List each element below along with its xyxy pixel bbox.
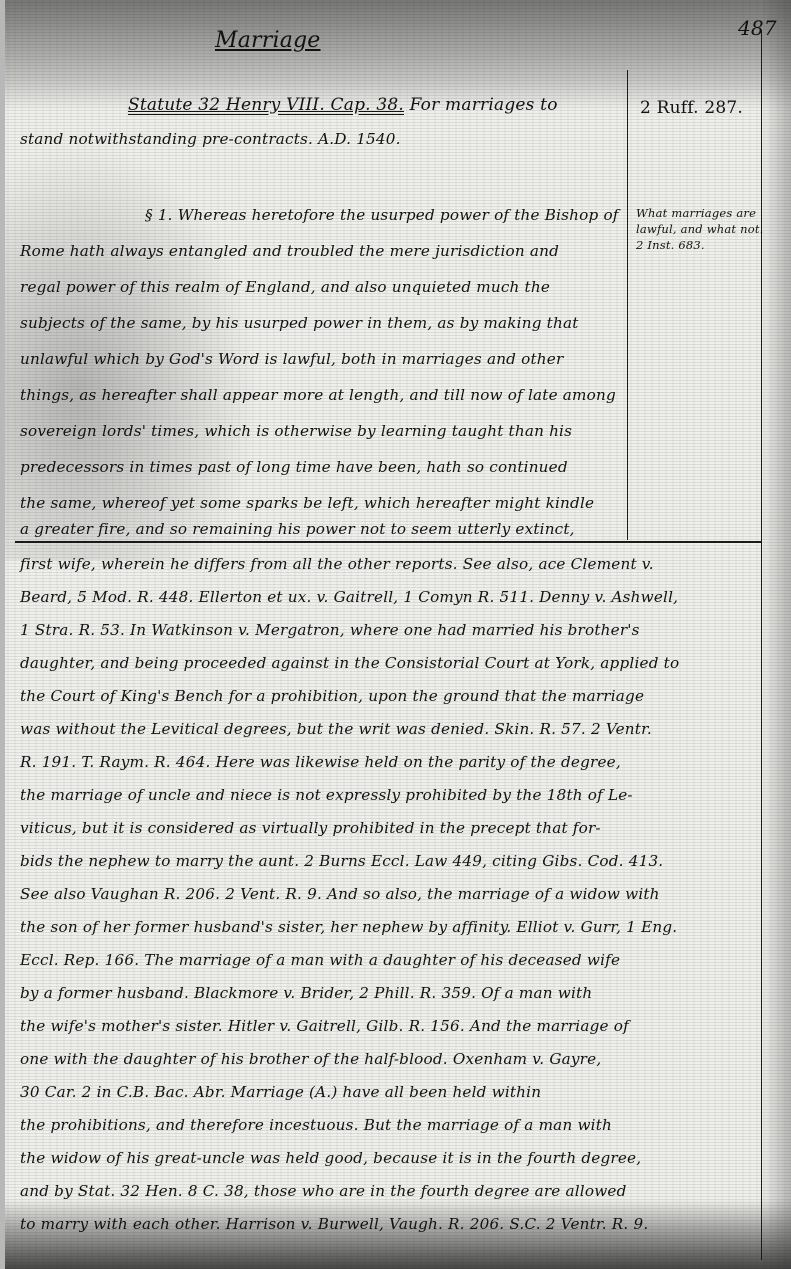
page-title: Marriage — [215, 28, 321, 53]
commentary-line: 30 Car. 2 in C.B. Bac. Abr. Marriage (A.… — [20, 1083, 541, 1101]
commentary-line: R. 191. T. Raym. R. 464. Here was likewi… — [20, 753, 621, 771]
scan-shading-bottom — [0, 1199, 791, 1269]
commentary-line: and by Stat. 32 Hen. 8 C. 38, those who … — [20, 1182, 627, 1200]
commentary-line: the Court of King's Bench for a prohibit… — [20, 687, 644, 705]
statute-text-line: unlawful which by God's Word is lawful, … — [20, 350, 563, 368]
statute-text-line: subjects of the same, by his usurped pow… — [20, 314, 579, 332]
statute-title: For marriages to — [404, 95, 558, 115]
margin-rule-inner — [627, 70, 628, 540]
commentary-line: viticus, but it is considered as virtual… — [20, 819, 601, 837]
commentary-line: the wife's mother's sister. Hitler v. Ga… — [20, 1017, 629, 1035]
statute-text-line: § 1. Whereas heretofore the usurped powe… — [145, 206, 619, 224]
statute-citation: Statute 32 Henry VIII. Cap. 38. — [128, 95, 404, 115]
statute-text-line: Rome hath always entangled and troubled … — [20, 242, 559, 260]
commentary-line: daughter, and being proceeded against in… — [20, 654, 679, 672]
margin-note-line: What marriages are — [636, 206, 756, 220]
commentary-line: bids the nephew to marry the aunt. 2 Bur… — [20, 852, 663, 870]
margin-rule-outer — [761, 30, 762, 1260]
statute-text-line: sovereign lords' times, which is otherwi… — [20, 422, 572, 440]
scan-shading-right — [761, 0, 791, 1269]
commentary-line: was without the Levitical degrees, but t… — [20, 720, 652, 738]
commentary-line: the marriage of uncle and niece is not e… — [20, 786, 633, 804]
commentary-line: the widow of his great-uncle was held go… — [20, 1149, 641, 1167]
commentary-line: one with the daughter of his brother of … — [20, 1050, 601, 1068]
commentary-line: to marry with each other. Harrison v. Bu… — [20, 1215, 648, 1233]
scan-shading-top — [0, 0, 791, 110]
commentary-line: first wife, wherein he differs from all … — [20, 555, 654, 573]
statute-text-line: regal power of this realm of England, an… — [20, 278, 550, 296]
page-edge — [0, 0, 5, 1269]
page-number: 487 — [738, 16, 777, 40]
commentary-line: the prohibitions, and therefore incestuo… — [20, 1116, 612, 1134]
statute-text-line: predecessors in times past of long time … — [20, 458, 568, 476]
statute-text-line: things, as hereafter shall appear more a… — [20, 386, 616, 404]
commentary-line: 1 Stra. R. 53. In Watkinson v. Mergatron… — [20, 621, 640, 639]
statute-heading: Statute 32 Henry VIII. Cap. 38. For marr… — [128, 95, 558, 115]
statute-text-line: the same, whereof yet some sparks be lef… — [20, 494, 594, 512]
manuscript-page: 487 Marriage Statute 32 Henry VIII. Cap.… — [0, 0, 791, 1269]
statute-heading-line2: stand notwithstanding pre-contracts. A.D… — [20, 130, 401, 148]
section-divider — [15, 541, 761, 543]
commentary-line: Eccl. Rep. 166. The marriage of a man wi… — [20, 951, 620, 969]
commentary-line: the son of her former husband's sister, … — [20, 918, 677, 936]
margin-reference: 2 Ruff. 287. — [640, 98, 743, 118]
commentary-line: Beard, 5 Mod. R. 448. Ellerton et ux. v.… — [20, 588, 678, 606]
statute-text-line: a greater fire, and so remaining his pow… — [20, 520, 575, 538]
commentary-line: by a former husband. Blackmore v. Brider… — [20, 984, 592, 1002]
margin-note-line: 2 Inst. 683. — [636, 238, 705, 252]
commentary-line: See also Vaughan R. 206. 2 Vent. R. 9. A… — [20, 885, 660, 903]
margin-note-line: lawful, and what not. — [636, 222, 764, 236]
